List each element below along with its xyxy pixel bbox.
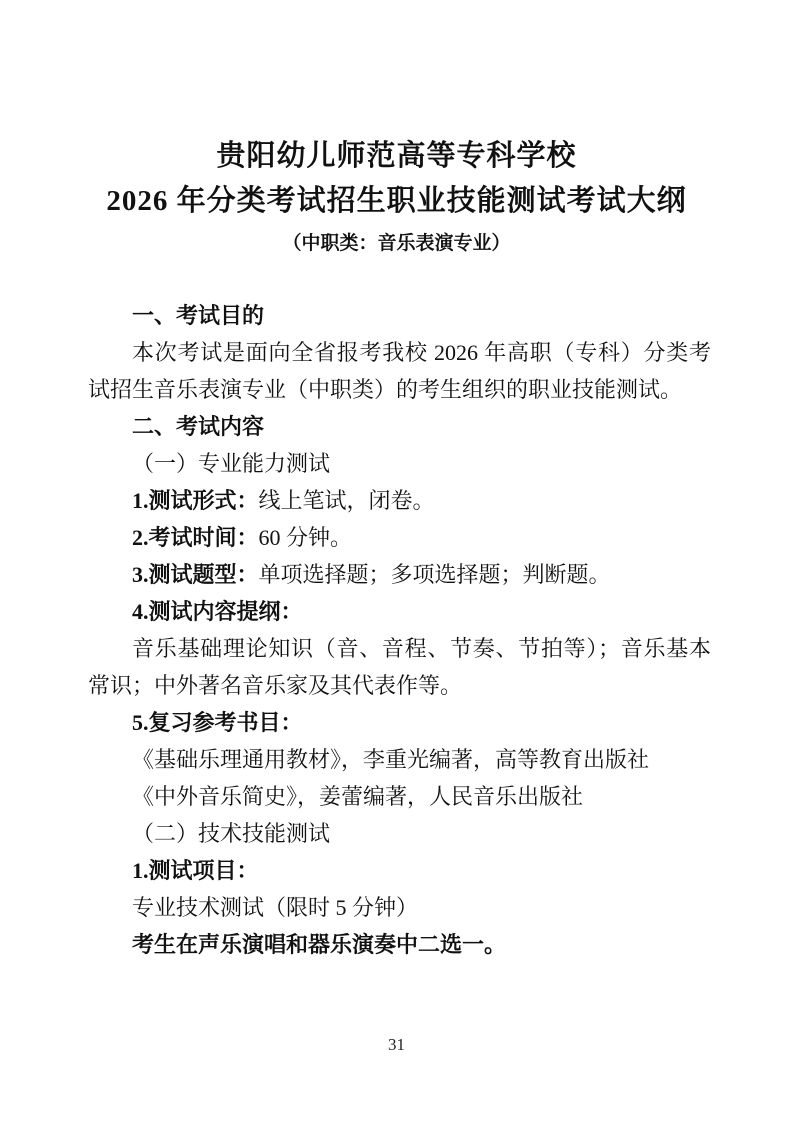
text-segment: 试招生音乐表演专业（中职类）的考生组织的职业技能测试。 xyxy=(88,377,682,402)
text-segment: 3.测试题型： xyxy=(132,562,259,587)
para-choose-one: 考生在声乐演唱和器乐演奏中二选一。 xyxy=(88,926,711,963)
page-number: 31 xyxy=(0,1034,793,1056)
text-segment: 《基础乐理通用教材》，李重光编著，高等教育出版社 xyxy=(132,747,649,772)
item-exam-duration: 2.考试时间：60 分钟。 xyxy=(88,519,711,556)
para-outline-line2: 常识；中外著名音乐家及其代表作等。 xyxy=(88,667,711,704)
text-segment: 考生在声乐演唱和器乐演奏中二选一。 xyxy=(132,932,506,957)
text-segment: 常识；中外著名音乐家及其代表作等。 xyxy=(88,673,462,698)
item-test-content-outline: 4.测试内容提纲： xyxy=(88,593,711,630)
para-test-project-detail: 专业技术测试（限时 5 分钟） xyxy=(88,889,711,926)
text-segment: 单项选择题；多项选择题；判断题。 xyxy=(259,562,611,587)
subheading-professional-ability-test: （一）专业能力测试 xyxy=(88,445,711,482)
text-segment: 本次考试是面向全省报考我校 2026 年高职（专科）分类考 xyxy=(132,340,711,365)
text-segment: 二、考试内容 xyxy=(132,414,264,439)
text-segment: 专业技术测试（限时 5 分钟） xyxy=(132,895,418,920)
para-exam-purpose-line2: 试招生音乐表演专业（中职类）的考生组织的职业技能测试。 xyxy=(88,371,711,408)
document-title-line1: 贵阳幼儿师范高等专科学校 xyxy=(0,134,793,179)
reference-book-2: 《中外音乐简史》，姜蕾编著，人民音乐出版社 xyxy=(88,778,711,815)
text-segment: 一、考试目的 xyxy=(132,303,264,328)
heading-exam-content: 二、考试内容 xyxy=(88,408,711,445)
document-subtitle: （中职类：音乐表演专业） xyxy=(0,224,793,259)
subheading-technical-skill-test: （二）技术技能测试 xyxy=(88,815,711,852)
text-segment: 5.复习参考书目： xyxy=(132,710,303,735)
document-body: 一、考试目的本次考试是面向全省报考我校 2026 年高职（专科）分类考试招生音乐… xyxy=(88,297,711,963)
text-segment: （一）专业能力测试 xyxy=(132,451,330,476)
item-question-types: 3.测试题型：单项选择题；多项选择题；判断题。 xyxy=(88,556,711,593)
text-segment: 1.测试项目： xyxy=(132,858,259,883)
text-segment: 2.考试时间： xyxy=(132,525,259,550)
text-segment: 60 分钟。 xyxy=(259,525,353,550)
document-title-block: 贵阳幼儿师范高等专科学校 2026 年分类考试招生职业技能测试考试大纲 （中职类… xyxy=(0,0,793,259)
item-test-format: 1.测试形式：线上笔试，闭卷。 xyxy=(88,482,711,519)
reference-book-1: 《基础乐理通用教材》，李重光编著，高等教育出版社 xyxy=(88,741,711,778)
para-exam-purpose-line1: 本次考试是面向全省报考我校 2026 年高职（专科）分类考 xyxy=(88,334,711,371)
heading-exam-purpose: 一、考试目的 xyxy=(88,297,711,334)
para-outline-line1: 音乐基础理论知识（音、音程、节奏、节拍等）；音乐基本 xyxy=(88,630,711,667)
document-title-line2: 2026 年分类考试招生职业技能测试考试大纲 xyxy=(0,179,793,224)
document-page: 贵阳幼儿师范高等专科学校 2026 年分类考试招生职业技能测试考试大纲 （中职类… xyxy=(0,0,793,1122)
text-segment: 4.测试内容提纲： xyxy=(132,599,303,624)
text-segment: 线上笔试，闭卷。 xyxy=(259,488,435,513)
text-segment: 《中外音乐简史》，姜蕾编著，人民音乐出版社 xyxy=(132,784,583,809)
text-segment: 音乐基础理论知识（音、音程、节奏、节拍等）；音乐基本 xyxy=(132,636,711,661)
text-segment: （二）技术技能测试 xyxy=(132,821,330,846)
item-test-project: 1.测试项目： xyxy=(88,852,711,889)
text-segment: 1.测试形式： xyxy=(132,488,259,513)
item-review-references: 5.复习参考书目： xyxy=(88,704,711,741)
